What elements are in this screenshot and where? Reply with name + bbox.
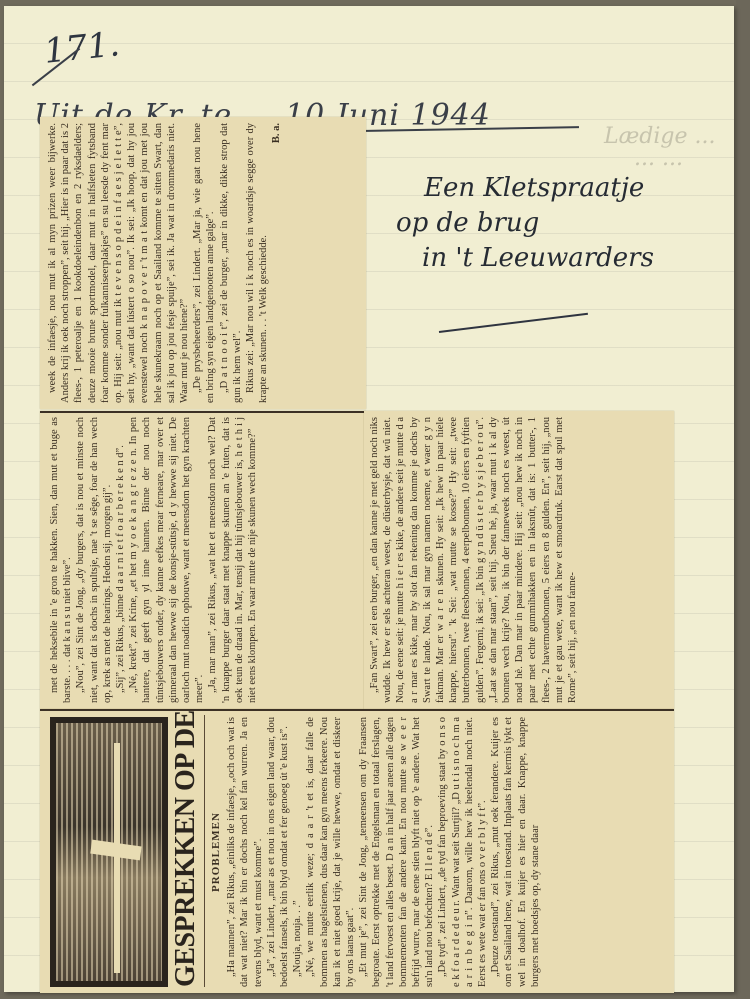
- article-column-3: week de infaesje, nou mut ik al myn priz…: [46, 123, 284, 403]
- column-divider: [204, 715, 205, 987]
- paragraph: met de heksebile in 'e gron te hakken. S…: [48, 417, 74, 703]
- paragraph: „Sij”, zei Rikus, „binne d a a r n i e t…: [114, 417, 127, 703]
- clipping-fragment-right: „Fan Swart”, zei een burger, „en dan kan…: [364, 411, 674, 709]
- paragraph: „Né, we mutte eerlik weze; d a a r 't et…: [304, 717, 357, 987]
- paragraph: „Nou”, zei Sint de Jong, „dy burgers, da…: [74, 417, 114, 703]
- clipping-fragment-bottom: GESPREKKEN OP DE BRUG PROBLEMEN „Ha mann…: [40, 709, 674, 993]
- article-column-2a: met de heksebile in 'e gron te hakken. S…: [48, 417, 364, 703]
- notebook-page: 171. Uit de Kr. te ... 10 Juni 1944 Lædi…: [4, 6, 734, 992]
- paragraph: „Fan Swart”, zei een burger, „en dan kan…: [368, 417, 579, 703]
- article-column-1: PROBLEMEN „Ha mannen”, zei Rikus, „einli…: [210, 717, 670, 987]
- section-title: PROBLEMEN: [210, 717, 223, 987]
- article-column-2b: „Fan Swart”, zei een burger, „en dan kan…: [368, 417, 668, 703]
- title-line: op de brug: [396, 206, 654, 241]
- bridge-woodcut-illustration: [50, 717, 168, 987]
- paragraph: week de infaesje, nou mut ik al myn priz…: [46, 123, 191, 403]
- paragraph: Rikus zei: „Mar nou wil i k noch es in w…: [244, 123, 270, 403]
- scanner-background: [736, 0, 750, 999]
- paragraph: „Ha mannen”, zei Rikus, „einliks de infa…: [225, 717, 265, 987]
- title-line: in 't Leeuwarders: [422, 241, 654, 276]
- author-signature: B. a.: [270, 123, 283, 403]
- page-number: 171.: [42, 24, 121, 72]
- woodcut-image: [56, 723, 162, 981]
- title-line: Een Kletspraatje: [424, 171, 654, 206]
- paragraph: „Nouja, nouja. . .”: [291, 717, 304, 987]
- clipping-fragment-middle: met de heksebile in 'e gron te hakken. S…: [40, 411, 366, 709]
- title-rule: [439, 313, 588, 333]
- paragraph: „Ja”, zei Lindert, „mar as et nou in ons…: [265, 717, 291, 987]
- handwritten-title: Een Kletspraatje op de brug in 't Leeuwa…: [424, 171, 654, 276]
- show-through-text: ... ...: [634, 146, 683, 171]
- paragraph: „Ja, mar man”, zei Rikus, „wat het et me…: [206, 417, 259, 703]
- bridge-mast-icon: [114, 743, 120, 973]
- clipping-fragment-top: week de infaesje, nou mut ik al myn priz…: [40, 117, 366, 409]
- column-rule: [40, 411, 366, 413]
- column-rule: [40, 709, 674, 711]
- paragraph: „D a t n o o i t”, zei de burger, „mar i…: [218, 123, 244, 403]
- paragraph: „De tyd”, zei Lindert, „de tyd fan bepro…: [436, 717, 489, 987]
- paragraph: „De prysbeheerders”, zei Lindert. „Mar j…: [191, 123, 217, 403]
- paragraph: „Et mut je”, zei Sint de Jong, „temeense…: [357, 717, 436, 987]
- paragraph: „Né, krekt”, zei Krine, „et het m y o e …: [127, 417, 206, 703]
- paragraph: „Deuze toestand”, zei Rikus, „mut oek fe…: [489, 717, 542, 987]
- article-headline: GESPREKKEN OP DE BRUG: [170, 717, 204, 987]
